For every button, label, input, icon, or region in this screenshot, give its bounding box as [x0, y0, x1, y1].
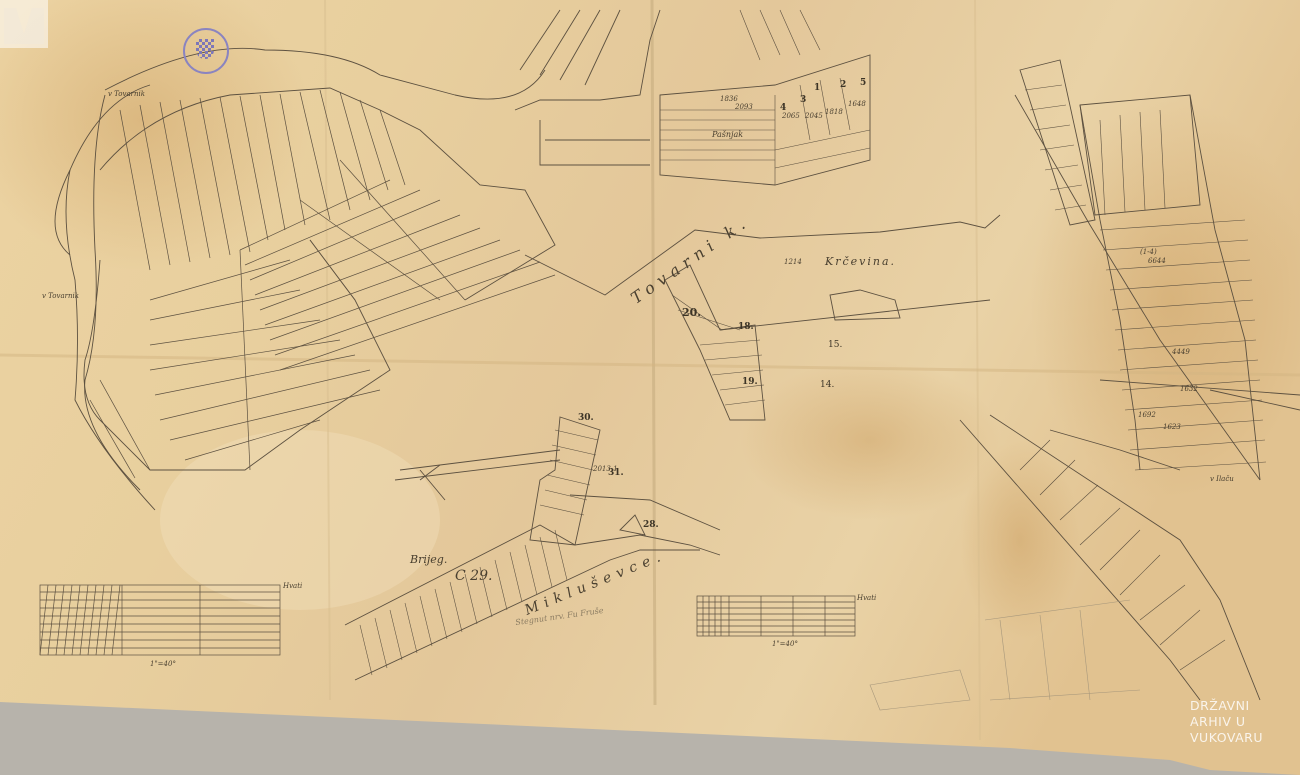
scale-unit-center: Hvati [857, 594, 876, 602]
label-brijeg: Brijeg. [410, 553, 447, 566]
edge-label-right: v Ilaču [1210, 475, 1234, 483]
parcel-number: 18. [738, 322, 754, 332]
parcel-area: 4449 [1172, 348, 1190, 356]
parcel-area: 1692 [1138, 411, 1156, 419]
parcel-area: (1-4) [1140, 248, 1157, 256]
parcel-number: 3 [800, 95, 806, 105]
scale-label-center: 1"=40° [772, 640, 798, 648]
parcel-number: 15. [828, 340, 842, 350]
parcel-number: 30. [578, 413, 594, 423]
watermark-line-3: VUKOVARU [1190, 730, 1263, 746]
parcel-number: 5 [860, 78, 866, 88]
archive-logo-icon [0, 0, 48, 48]
cadastral-map-sheet: Tovarni k. Krčevina. Mikluševce. Brijeg.… [0, 0, 1300, 775]
archive-watermark: DRŽAVNI ARHIV U VUKOVARU [1190, 698, 1263, 746]
parcel-area: 1214 [784, 258, 802, 266]
parcel-number: 19. [742, 377, 758, 387]
label-sector-c: C 29. [455, 568, 492, 584]
scale-label-left: 1"=40° [150, 660, 176, 668]
parcel-area: 6644 [1148, 257, 1166, 265]
scale-unit-left: Hvati [283, 582, 302, 590]
parcel-area: 2065 [782, 112, 800, 120]
watermark-line-1: DRŽAVNI [1190, 698, 1263, 714]
map-linework [0, 0, 1300, 775]
label-krcevina: Krčevina. [825, 255, 896, 268]
coat-of-arms-icon [196, 39, 214, 59]
watermark-line-2: ARHIV U [1190, 714, 1263, 730]
parcel-number: 28. [643, 520, 659, 530]
label-pashnjak: Pašnjak [712, 130, 743, 139]
parcel-number: 14. [820, 380, 834, 390]
parcel-number: 1 [814, 83, 820, 93]
edge-label-top-left: v Tovarnik [108, 90, 145, 98]
parcel-area: 1818 [825, 108, 843, 116]
archive-stamp [183, 28, 229, 74]
parcel-area: 1623 [1163, 423, 1181, 431]
parcel-area: 1836 [720, 95, 738, 103]
edge-label-left: v Tovarnik [42, 292, 79, 300]
parcel-area: 2045 [805, 112, 823, 120]
parcel-area: 2013-1 [593, 465, 618, 473]
parcel-area: 2093 [735, 103, 753, 111]
parcel-area: 1648 [848, 100, 866, 108]
parcel-area: 1632 [1180, 385, 1198, 393]
parcel-number: 20. [682, 306, 701, 319]
parcel-number: 2 [840, 80, 846, 90]
